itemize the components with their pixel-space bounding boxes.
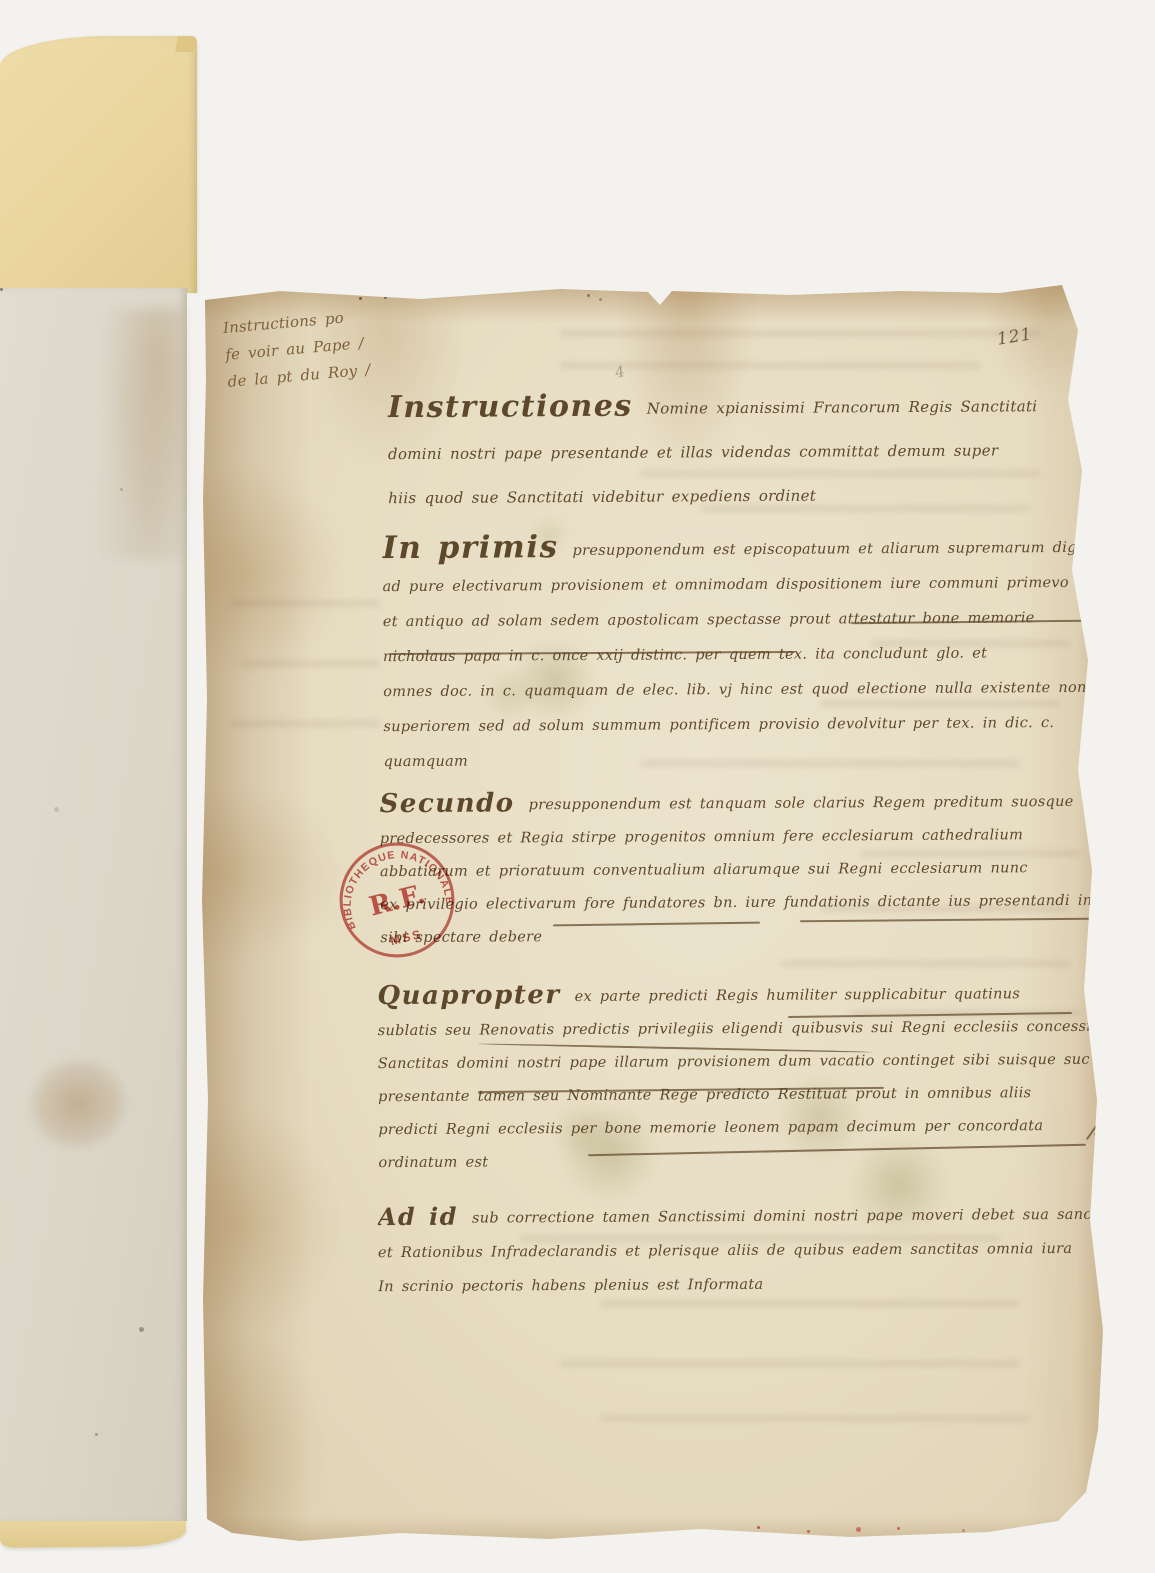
paragraph-ad-id: Ad idsub correctione tamen Sanctissimi d… <box>378 1198 1091 1304</box>
bleedthrough-line <box>560 1360 1020 1367</box>
text-line: hiis quod sue Sanctitati videbitur exped… <box>388 472 1100 520</box>
text-line: omnes doc. in c. quamquam de elec. lib. … <box>383 671 1095 710</box>
leaf-stain <box>95 308 185 558</box>
text-line: In primispresupponendum est episcopatuum… <box>382 531 1094 570</box>
paragraph-lead-word: Secundo <box>380 788 515 819</box>
red-wax-specks <box>757 1526 760 1529</box>
bleedthrough-line <box>240 660 380 667</box>
leaf-brown-blotch <box>18 1047 138 1162</box>
ink-specks <box>345 292 348 295</box>
text-line: et Rationibus Infradeclarandis et pleris… <box>378 1232 1090 1270</box>
text-line: superiorem sed ad solum summum pontifice… <box>383 706 1095 745</box>
paragraph-lead-word: Ad id <box>378 1202 458 1231</box>
text-line-content: Nomine xpianissimi Francorum Regis Sanct… <box>647 397 1038 417</box>
folder-cover-top-edge <box>0 36 197 293</box>
bleedthrough-line <box>560 330 1040 337</box>
manuscript-page: Instructions po fe voir au Pape / de la … <box>197 283 1112 1545</box>
text-line: predecessores et Regia stirpe progenitos… <box>380 819 1092 856</box>
text-line: ex privilegio electivarum fore fundatore… <box>380 885 1092 922</box>
manuscript-photograph: Instructions po fe voir au Pape / de la … <box>0 0 1155 1573</box>
text-line: Ad idsub correctione tamen Sanctissimi d… <box>378 1198 1090 1236</box>
leaf-ink-specks <box>0 288 3 291</box>
paragraph-lead-word: Instructiones <box>388 389 633 425</box>
underlying-leaf <box>0 288 187 1521</box>
text-line: nicholaus papa in c. once xxij distinc. … <box>383 636 1095 675</box>
ink-slash-mark <box>1094 1120 1106 1136</box>
paragraph-lead-word: In primis <box>382 531 558 566</box>
text-line: ad pure electivarum provisionem et omnim… <box>382 566 1094 605</box>
text-line: predicti Regni ecclesiis per bone memori… <box>378 1110 1090 1147</box>
stamp-center-text: R.F. <box>366 879 428 923</box>
paragraph-in-primis: In primispresupponendum est episcopatuum… <box>382 531 1095 780</box>
text-line-content: presupponendum est tanquam sole clarius … <box>529 794 1074 813</box>
text-line: In scrinio pectoris habens plenius est I… <box>378 1266 1090 1304</box>
paragraph-secundo: Secundopresupponendum est tanquam sole c… <box>380 786 1093 955</box>
paragraph-quapropter: Quapropterex parte predicti Regis humili… <box>377 978 1090 1180</box>
stamp-bottom-text: MSS <box>389 927 424 948</box>
text-line: InstructionesNomine xpianissimi Francoru… <box>388 384 1100 432</box>
bleedthrough-line <box>780 960 1070 967</box>
bleedthrough-line <box>230 720 380 727</box>
bleedthrough-line <box>600 1415 1030 1422</box>
paragraph-instructiones: InstructionesNomine xpianissimi Francoru… <box>388 384 1101 520</box>
text-line: Secundopresupponendum est tanquam sole c… <box>380 786 1092 823</box>
text-line-content: sub correctione tamen Sanctissimi domini… <box>472 1206 1090 1226</box>
paragraph-lead-word: Quapropter <box>377 980 560 1011</box>
text-line-content: presupponendum est episcopatuum et aliar… <box>572 540 1094 559</box>
text-line-content: ex parte predicti Regis humiliter suppli… <box>575 986 1021 1005</box>
text-line: quamquam <box>384 741 1096 780</box>
text-line: Quapropterex parte predicti Regis humili… <box>377 978 1089 1015</box>
text-line: ordinatum est <box>378 1143 1090 1180</box>
bleedthrough-line <box>230 600 380 607</box>
text-line: sublatis seu Renovatis predictis privile… <box>378 1011 1090 1048</box>
text-line: abbatiarum et prioratuum conventualium a… <box>380 852 1092 889</box>
text-line: domini nostri pape presentande et illas … <box>388 428 1100 476</box>
text-line: presentante tamen seu Nominante Rege pre… <box>378 1077 1090 1114</box>
